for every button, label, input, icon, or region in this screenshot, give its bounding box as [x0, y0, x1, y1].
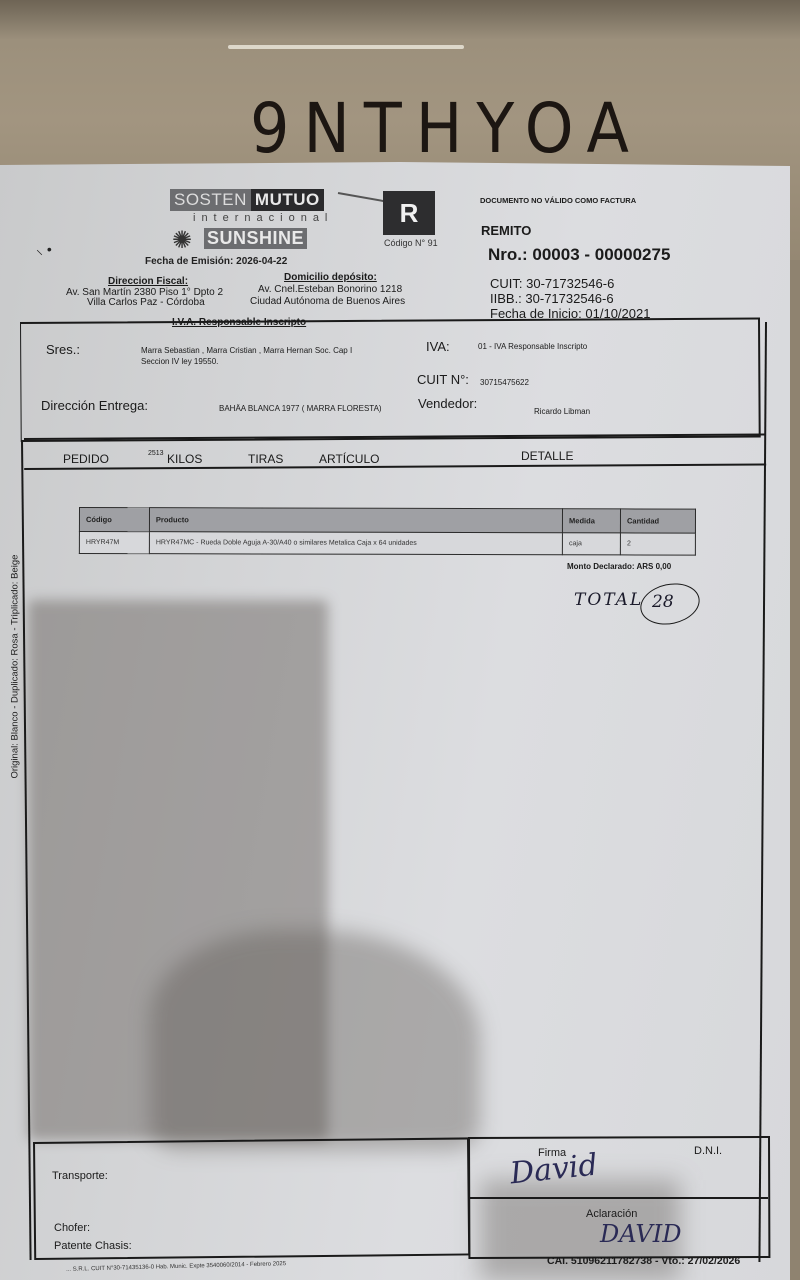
document-code: Código N° 91 [384, 238, 438, 248]
products-table: Código Producto Medida Cantidad HRYR47M … [79, 507, 696, 556]
column-pedido: PEDIDO [63, 452, 109, 466]
column-header-bar [24, 433, 766, 470]
seller-label: Vendedor: [418, 396, 477, 411]
cai-number: CAI. 51096211782738 - Vto.: 27/02/2026 [547, 1255, 740, 1267]
client-name-line2: Seccion IV ley 19550. [141, 357, 218, 366]
logo-subtitle: internacional [193, 212, 333, 224]
issuer-iibb: IIBB.: 30-71732546-6 [490, 291, 614, 306]
column-detalle: DETALLE [521, 449, 573, 463]
header-medida: Medida [563, 509, 621, 533]
logo-word-sosten: SOSTEN [170, 189, 251, 211]
issue-date: Fecha de Emisión: 2026-04-22 [145, 256, 287, 267]
warehouse-address-line2: Ciudad Autónoma de Buenos Aires [250, 296, 405, 307]
table-header-row: Código Producto Medida Cantidad [79, 508, 695, 534]
seller-value: Ricardo Libman [534, 407, 590, 416]
document-number: Nro.: 00003 - 00000275 [488, 245, 670, 265]
box-marker-writing: 9NTHYOA [250, 88, 643, 168]
column-kilos: KILOS [167, 452, 202, 466]
declared-amount: Monto Declarado: ARS 0,00 [567, 562, 671, 571]
invalid-invoice-notice: DOCUMENTO NO VÁLIDO COMO FACTURA [480, 196, 636, 205]
warehouse-address-line1: Av. Cnel.Esteban Bonorino 1218 [258, 284, 402, 295]
dni-label: D.N.I. [694, 1145, 722, 1157]
table-row: HRYR47M HRYR47MC - Rueda Doble Aguja A-3… [79, 532, 695, 556]
transport-label: Transporte: [52, 1170, 108, 1182]
logo-brand-sunshine: SUNSHINE [204, 228, 307, 249]
copy-color-note: Original: Blanco - Duplicado: Rosa - Tri… [10, 599, 21, 779]
fiscal-address-title: Direccion Fiscal: [108, 276, 188, 287]
client-iva-label: IVA: [426, 339, 450, 354]
client-name-line1: Marra Sebastian , Marra Cristian , Marra… [141, 346, 352, 355]
tape-strip [228, 45, 464, 49]
sun-icon: ✺ [172, 226, 192, 255]
client-label: Sres.: [46, 342, 80, 357]
client-cuit-value: 30715475622 [480, 378, 529, 387]
client-iva-value: 01 - IVA Responsable Inscripto [478, 342, 587, 351]
cell-producto: HRYR47MC - Rueda Doble Aguja A-30/A40 o … [149, 532, 562, 555]
delivery-address-value: BAHÄA BLANCA 1977 ( MARRA FLORESTA) [219, 404, 382, 413]
client-cuit-label: CUIT N°: [417, 372, 469, 387]
cell-medida: caja [562, 533, 620, 555]
delivery-address-label: Dirección Entrega: [41, 398, 148, 413]
company-logo: SOSTEN MUTUO [170, 189, 324, 211]
driver-label: Chofer: [54, 1222, 90, 1234]
header-cantidad: Cantidad [620, 509, 695, 533]
signature-divider [470, 1197, 768, 1199]
fiscal-address-line2: Villa Carlos Paz - Córdoba [87, 297, 205, 308]
chassis-plate-label: Patente Chasis: [54, 1240, 132, 1252]
clarification-label: Aclaración [586, 1208, 637, 1220]
logo-word-mutuo: MUTUO [251, 189, 324, 211]
handwritten-total-value: 28 [652, 592, 674, 612]
cell-cantidad: 2 [620, 533, 695, 555]
issuer-cuit: CUIT: 30-71732546-6 [490, 276, 614, 291]
header-producto: Producto [149, 508, 562, 533]
pedido-number: 2513 [148, 450, 164, 457]
ink-marks: ⸜ • [36, 240, 52, 259]
document-type: REMITO [481, 223, 531, 238]
photo-shadow [150, 930, 480, 1150]
cell-codigo: HRYR47M [79, 532, 149, 554]
document-letter-box: R [383, 191, 435, 235]
warehouse-address-title: Domicilio depósito: [284, 272, 377, 283]
column-articulo: ARTÍCULO [319, 452, 379, 466]
client-info-box [20, 317, 761, 442]
handwritten-clarification: DAVID [600, 1220, 681, 1248]
column-tiras: TIRAS [248, 452, 283, 466]
header-codigo: Código [79, 508, 149, 532]
handwritten-total-label: TOTAL [574, 590, 643, 610]
